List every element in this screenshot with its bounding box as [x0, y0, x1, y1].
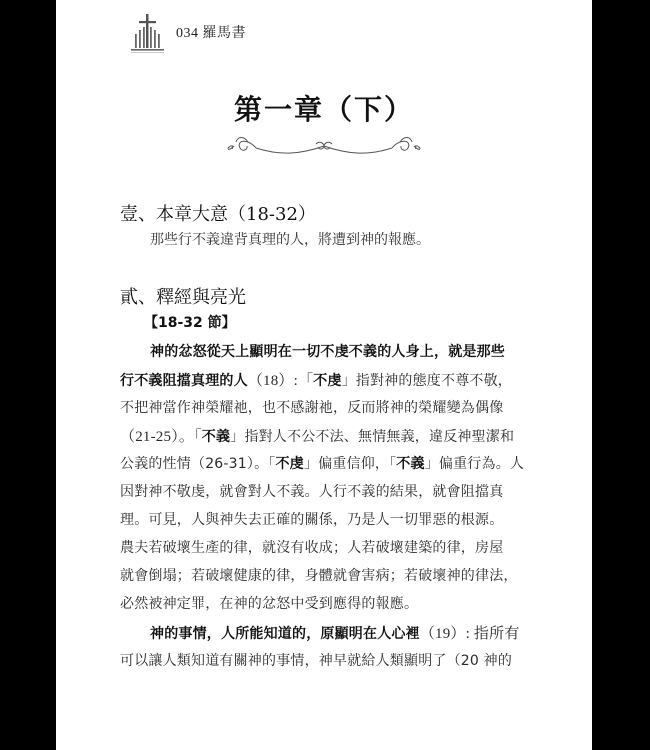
page-header-label: 034 羅馬書	[176, 22, 246, 42]
scripture-quote: 神的事情，人所能知道的，原顯明在人心裡	[150, 626, 420, 642]
verse-range-label: 【18-32 節】	[144, 312, 236, 332]
body-line: 神的事情，人所能知道的，原顯明在人心裡（19）: 指所有	[150, 622, 568, 643]
body-line: 可以讓人類知道有關神的事情，神早就給人類顯明了（20 神的	[120, 650, 568, 670]
key-term: 不義	[202, 429, 230, 445]
chapter-title: 第一章（下）	[56, 88, 592, 128]
body-line: 農夫若破壞生產的律，就沒有收成；人若破壞建築的律，房屋	[120, 537, 568, 557]
church-cross-icon	[130, 14, 166, 54]
running-header: 034 羅馬書	[130, 14, 246, 54]
body-line: 必然被神定罪，在神的忿怒中受到應得的報應。	[120, 593, 568, 613]
body-line: 因對神不敬虔，就會對人不義。人行不義的結果，就會阻擋真	[120, 481, 568, 501]
book-page: 034 羅馬書 第一章（下） 壹、本章大意（18-32） 那些行不義違背真理的人…	[56, 0, 592, 750]
body-line: 行不義阻擋真理的人（18）:「不虔」指對神的態度不尊不敬，	[120, 369, 568, 390]
chapter-summary: 那些行不義違背真理的人，將遭到神的報應。	[150, 229, 430, 249]
section-heading-exegesis: 貳、釋經與亮光	[120, 283, 246, 309]
body-line: 神的忿怒從天上顯明在一切不虔不義的人身上，就是那些	[150, 341, 568, 361]
scripture-quote: 行不義阻擋真理的人	[120, 373, 248, 389]
body-line: 就會倒塌；若破壞健康的律，身體就會害病；若破壞神的律法，	[120, 565, 568, 585]
flourish-divider-icon	[226, 134, 422, 158]
key-term: 不虔	[275, 456, 303, 472]
body-line: 不把神當作神榮耀祂，也不感謝祂，反而將神的榮耀變為偶像	[120, 397, 568, 417]
key-term: 不虔	[313, 373, 341, 389]
scripture-quote: 神的忿怒從天上顯明在一切不虔不義的人身上，就是那些	[150, 344, 505, 360]
body-line: 公義的性情（26-31）。「不虔」偏重信仰，「不義」偏重行為。人	[120, 453, 568, 473]
key-term: 不義	[396, 456, 424, 472]
body-line: （21-25）。「不義」指對人不公不法、無情無義，違反神聖潔和	[120, 425, 568, 446]
body-line: 理。可見，人與神失去正確的關係，乃是人一切罪惡的根源。	[120, 509, 568, 529]
section-heading-summary: 壹、本章大意（18-32）	[120, 200, 316, 226]
